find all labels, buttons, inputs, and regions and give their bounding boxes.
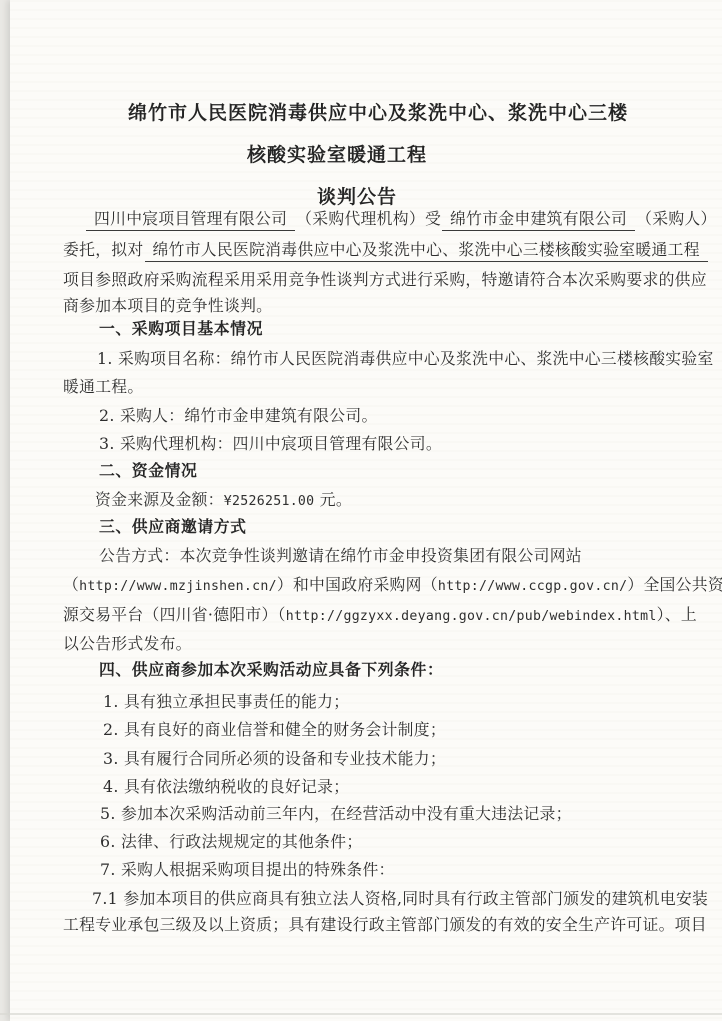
- funding-unit: 元。: [314, 490, 352, 509]
- requirement-item-4: 4. 具有依法缴纳税收的良好记录；: [103, 775, 349, 799]
- section3-heading: 三、供应商邀请方式: [99, 515, 247, 539]
- scanned-page: 绵竹市人民医院消毒供应中心及浆洗中心、浆洗中心三楼 核酸实验室暖通工程 谈判公告…: [10, 0, 722, 1021]
- agency-role-text: （采购代理机构）受: [296, 209, 441, 228]
- intro-line-2: 委托，拟对绵竹市人民医院消毒供应中心及浆洗中心、浆洗中心三楼核酸实验室暖通工程: [63, 238, 709, 262]
- section3-line1: 公告方式：本次竞争性谈判邀请在绵竹市金申投资集团有限公司网站: [99, 544, 582, 568]
- document-title-line-1: 绵竹市人民医院消毒供应中心及浆洗中心、浆洗中心三楼: [63, 100, 693, 126]
- agency-name-underlined: 四川中宸项目管理有限公司: [86, 209, 295, 231]
- requirement-item-7-1-line2: 工程专业承包三级及以上资质；具有建设行政主管部门颁发的有效的安全生产许可证。项目: [63, 913, 707, 937]
- requirement-item-7-1-line1: 7.1 参加本项目的供应商具有独立法人资格,同时具有行政主管部门颁发的建筑机电安…: [92, 887, 708, 911]
- intro-line-2-prefix: 委托，拟对: [63, 240, 144, 259]
- purchaser-role-text: （采购人）: [636, 209, 717, 228]
- purchaser-name-underlined: 绵竹市金申建筑有限公司: [442, 209, 635, 231]
- section3-line3-pre: 源交易平台（四川省·德阳市）（: [63, 605, 286, 624]
- section2-heading: 二、资金情况: [99, 459, 197, 483]
- funding-amount: ¥2526251.00: [224, 494, 315, 509]
- section3-line2-open: （: [63, 575, 79, 594]
- requirement-item-2: 2. 具有良好的商业信誉和健全的财务会计制度；: [103, 718, 446, 742]
- funding-line: 资金来源及金额：¥2526251.00 元。: [95, 488, 352, 512]
- section3-line3: 源交易平台（四川省·德阳市）（http://ggzyxx.deyang.gov.…: [63, 603, 697, 627]
- section3-line2-tail: ）全国公共资: [627, 575, 722, 594]
- section1-item1-line1: 1. 采购项目名称：绵竹市人民医院消毒供应中心及浆洗中心、浆洗中心三楼核酸实验室: [97, 347, 714, 371]
- ccgp-url: http://www.ccgp.gov.cn/: [438, 579, 628, 594]
- intro-line-4: 商参加本项目的竞争性谈判。: [63, 294, 272, 318]
- requirement-item-1: 1. 具有独立承担民事责任的能力；: [103, 690, 349, 714]
- section3-line3-tail: ）、上: [657, 605, 697, 624]
- requirement-item-7: 7. 采购人根据采购项目提出的特殊条件：: [100, 858, 395, 882]
- section4-heading: 四、供应商参加本次采购活动应具备下列条件：: [99, 658, 443, 682]
- section1-item2: 2. 采购人：绵竹市金申建筑有限公司。: [99, 404, 378, 428]
- intro-line-1: 四川中宸项目管理有限公司（采购代理机构）受绵竹市金申建筑有限公司（采购人）: [85, 207, 717, 231]
- requirement-item-6: 6. 法律、行政法规规定的其他条件；: [100, 830, 362, 854]
- document-title-line-2: 核酸实验室暖通工程: [22, 142, 652, 168]
- section1-item1-line2: 暖通工程。: [63, 375, 144, 399]
- project-name-underlined: 绵竹市人民医院消毒供应中心及浆洗中心、浆洗中心三楼核酸实验室暖通工程: [145, 240, 708, 262]
- section3-line2-mid: ）和中国政府采购网（: [277, 575, 438, 594]
- screenshot-stage: 绵竹市人民医院消毒供应中心及浆洗中心、浆洗中心三楼 核酸实验室暖通工程 谈判公告…: [0, 0, 722, 1021]
- section1-heading: 一、采购项目基本情况: [99, 317, 263, 341]
- section3-line4: 以公告形式发布。: [63, 632, 192, 656]
- section1-item3: 3. 采购代理机构：四川中宸项目管理有限公司。: [99, 432, 442, 456]
- scan-bottom-edge: [0, 1013, 722, 1015]
- requirement-item-5: 5. 参加本次采购活动前三年内，在经营活动中没有重大违法记录；: [100, 802, 572, 826]
- jinshen-url: http://www.mzjinshen.cn/: [79, 579, 277, 594]
- requirement-item-3: 3. 具有履行合同所必须的设备和专业技术能力；: [103, 747, 446, 771]
- deyang-url: http://ggzyxx.deyang.gov.cn/pub/webindex…: [286, 609, 657, 624]
- intro-line-3: 项目参照政府采购流程采用采用竞争性谈判方式进行采购，特邀请符合本次采购要求的供应: [63, 268, 707, 292]
- funding-label: 资金来源及金额：: [95, 490, 224, 509]
- section3-line2: （http://www.mzjinshen.cn/）和中国政府采购网（http:…: [63, 573, 722, 597]
